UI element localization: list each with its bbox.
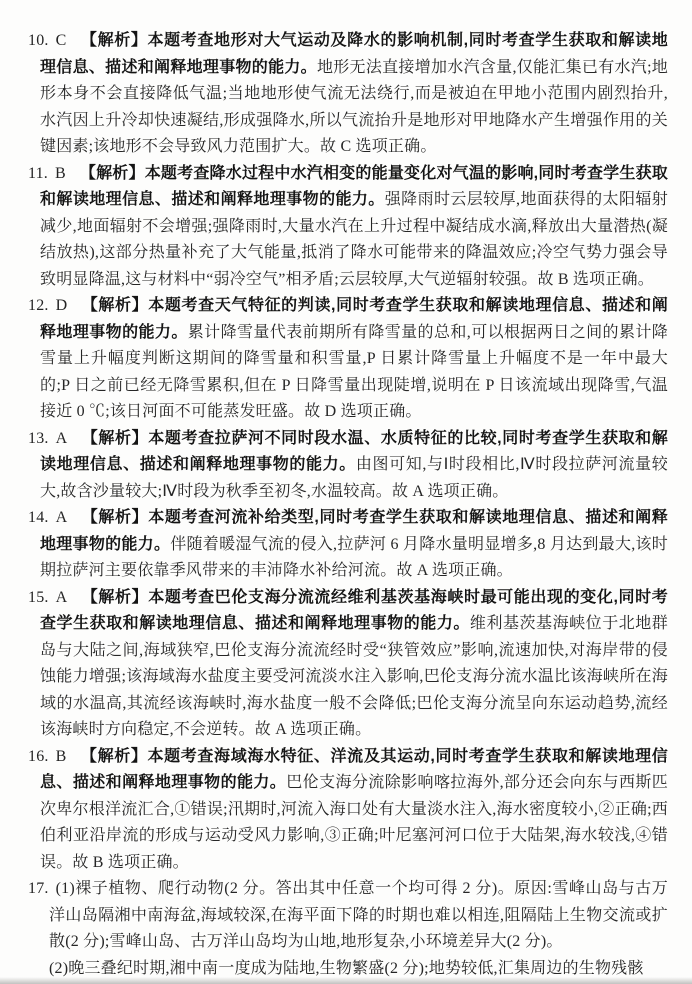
answer-item-12: 12.D【解析】本题考查天气特征的判读,同时考查学生获取和解读地理信息、描述和阐…: [28, 293, 668, 426]
answer-text: (2)晚三叠纪时期,湘中南一度成为陆地,生物繁盛(2 分);地势较低,汇集周边的…: [49, 960, 644, 977]
document-page: 10.C【解析】本题考查地形对大气运动及降水的影响机制,同时考查学生获取和解读地…: [0, 0, 692, 984]
answer-item-11: 11.B【解析】本题考查降水过程中水汽相变的能量变化对气温的影响,同时考查学生获…: [28, 161, 668, 294]
question-number: 13.: [28, 430, 49, 447]
analysis-text: 维利基茨基海峡位于北地群岛与大陆之间,海域狭窄,巴伦支海分流流经时受“狭管效应”…: [40, 615, 668, 738]
answer-part-1: 17.(1)裸子植物、爬行动物(2 分。答出其中任意一个均可得 2 分)。原因:…: [28, 876, 668, 956]
question-number: 17.: [28, 880, 49, 897]
answer-letter: D: [56, 297, 68, 314]
answer-letter: B: [56, 748, 67, 765]
question-number: 12.: [28, 297, 49, 314]
answer-text: (1)裸子植物、爬行动物(2 分。答出其中任意一个均可得 2 分)。原因:雪峰山…: [49, 880, 668, 950]
answer-letter: A: [56, 430, 68, 447]
answer-item-15: 15.A【解析】本题考查巴伦支海分流流经维利基茨基海峡时最可能出现的变化,同时考…: [28, 585, 668, 744]
answer-letter: C: [56, 32, 67, 49]
answer-letter: A: [56, 509, 68, 526]
answer-letter: A: [56, 589, 68, 606]
question-number: 14.: [28, 509, 49, 526]
answer-item-10: 10.C【解析】本题考查地形对大气运动及降水的影响机制,同时考查学生获取和解读地…: [28, 28, 668, 161]
answer-item-17: 17.(1)裸子植物、爬行动物(2 分。答出其中任意一个均可得 2 分)。原因:…: [28, 876, 668, 982]
page-bottom-edge-shadow: [0, 977, 692, 984]
answer-item-16: 16.B【解析】本题考查海域海水特征、洋流及其运动,同时考查学生获取和解读地理信…: [28, 744, 668, 877]
question-number: 16.: [28, 748, 49, 765]
answer-item-13: 13.A【解析】本题考查拉萨河不同时段水温、水质特征的比较,同时考查学生获取和解…: [28, 426, 668, 506]
question-number: 11.: [28, 165, 48, 182]
question-number: 10.: [28, 32, 49, 49]
question-number: 15.: [28, 589, 49, 606]
answer-item-14: 14.A【解析】本题考查河流补给类型,同时考查学生获取和解读地理信息、描述和阐释…: [28, 505, 668, 585]
answer-letter: B: [55, 165, 66, 182]
